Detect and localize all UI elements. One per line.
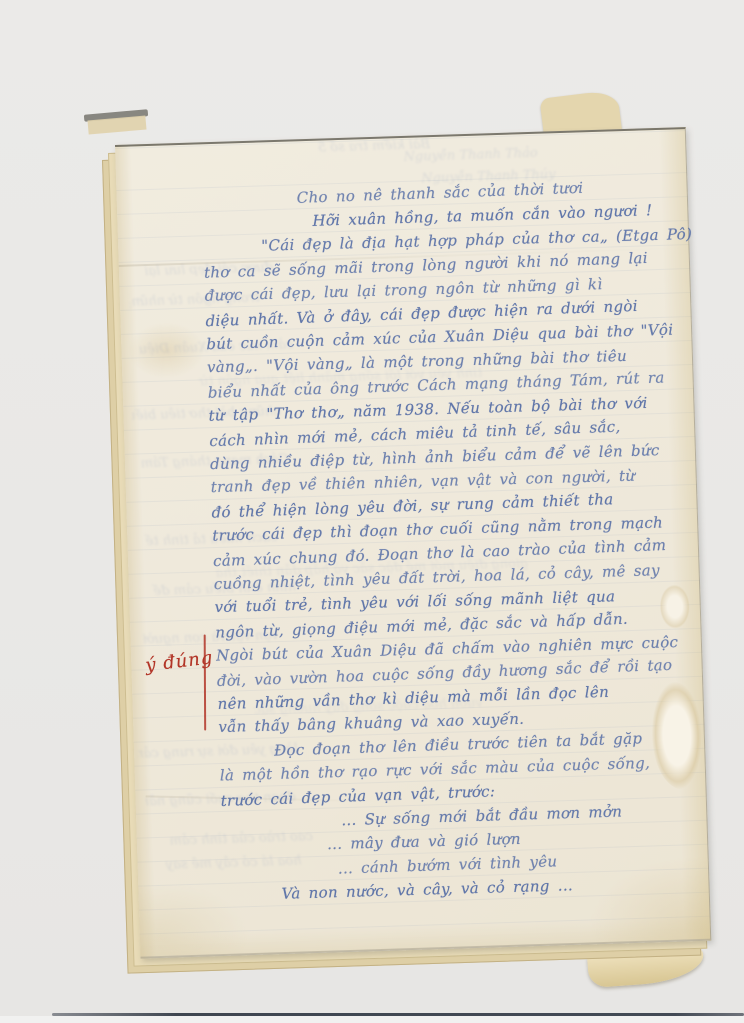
manuscript-page: Nguyễn Thanh ThảoNguyễn Thanh ThúyBài ki… [115,127,711,959]
ink-showthrough-fragment: Bài kiểm tra số 5 [295,137,430,156]
ink-showthrough-fragment: Nguyễn Thanh Thảo [403,144,593,165]
scan-edge-line [52,1013,744,1016]
ink-showthrough-layer: Nguyễn Thanh ThảoNguyễn Thanh ThúyBài ki… [115,129,685,147]
handwritten-text-block: Cho no nê thanh sắc của thời tươiHỡi xuâ… [201,174,692,908]
scan-edge-strip [0,1016,744,1023]
